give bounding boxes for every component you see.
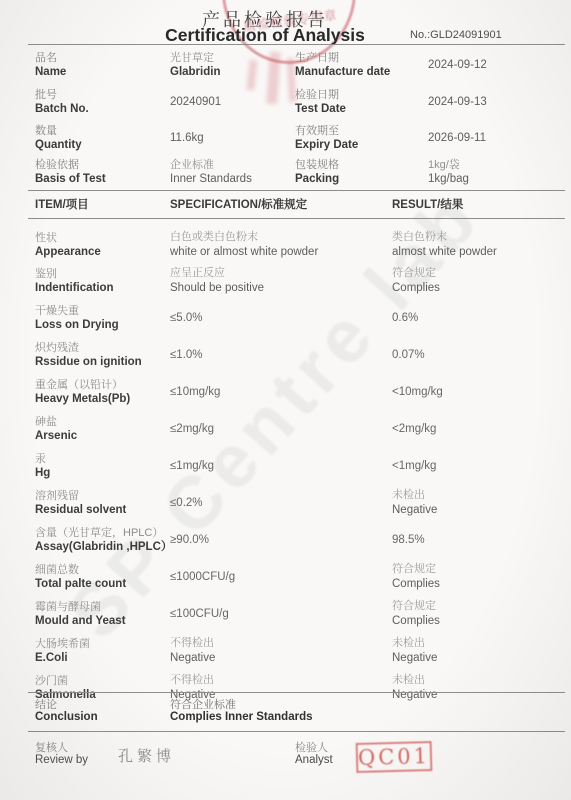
field-value-line: 1kg/袋 — [428, 158, 558, 172]
item-cell: 细菌总数Total palte count — [35, 559, 167, 596]
result-cell-zh: 未检出 — [392, 488, 564, 503]
spec-cell-en: Negative — [170, 651, 388, 666]
field-value-line: 1kg/bag — [428, 172, 558, 186]
field-label-en: Manufacture date — [295, 65, 390, 79]
item-cell: 汞Hg — [35, 448, 167, 485]
result-cell: 未检出Negative — [392, 485, 564, 522]
result-cell-en: Complies — [392, 577, 564, 592]
spec-cell-value: ≤1.0% — [170, 348, 388, 363]
item-name-en: Total palte count — [35, 577, 167, 591]
spec-cell: ≤100CFU/g — [170, 596, 388, 633]
table-row: 溶剂残留Residual solvent≤0.2%未检出Negative — [0, 485, 571, 522]
table-row: 含量（光甘草定，HPLC）Assay(Glabridin ,HPLC）≥90.0… — [0, 522, 571, 559]
spec-cell: ≤1.0% — [170, 337, 388, 374]
spec-cell: ≤1mg/kg — [170, 448, 388, 485]
spec-cell-en: white or almost white powder — [170, 245, 388, 260]
spec-cell-value: ≤2mg/kg — [170, 422, 388, 437]
result-cell-zh: 未检出 — [392, 636, 564, 651]
field-value: 企业标准Inner Standards — [170, 157, 298, 187]
field-value: 2024-09-13 — [428, 87, 558, 117]
spec-cell: 应呈正反应Should be positive — [170, 263, 388, 300]
field-label-en: Test Date — [295, 102, 346, 116]
divider — [28, 190, 565, 191]
result-cell-en: Negative — [392, 688, 564, 703]
item-name-zh: 沙门菌 — [35, 674, 167, 688]
spec-cell-value: ≥90.0% — [170, 533, 388, 548]
item-name-zh: 汞 — [35, 452, 167, 466]
result-cell-en: almost white powder — [392, 245, 564, 260]
item-name-en: E.Coli — [35, 651, 167, 665]
field-label: 品名Name — [35, 50, 66, 80]
field-label-en: Batch No. — [35, 102, 89, 116]
item-cell: 砷盐Arsenic — [35, 411, 167, 448]
item-cell: 含量（光甘草定，HPLC）Assay(Glabridin ,HPLC） — [35, 522, 167, 559]
field-label-zh: 包装规格 — [295, 158, 339, 172]
item-name-zh: 大肠埃希菌 — [35, 637, 167, 651]
table-row: 重金属（以铅计）Heavy Metals(Pb)≤10mg/kg<10mg/kg — [0, 374, 571, 411]
field-label: 有效期至Expiry Date — [295, 123, 358, 153]
result-cell: <1mg/kg — [392, 448, 564, 485]
result-cell: 符合规定Complies — [392, 263, 564, 300]
spec-cell: ≤10mg/kg — [170, 374, 388, 411]
result-cell-value: <10mg/kg — [392, 385, 564, 400]
result-cell-en: Complies — [392, 281, 564, 296]
item-cell: 重金属（以铅计）Heavy Metals(Pb) — [35, 374, 167, 411]
result-cell-zh: 符合规定 — [392, 266, 564, 281]
spec-cell: 白色或类白色粉末white or almost white powder — [170, 226, 388, 263]
item-name-en: Heavy Metals(Pb) — [35, 392, 167, 406]
spec-cell-zh: 白色或类白色粉末 — [170, 230, 388, 245]
spec-cell-value: ≤5.0% — [170, 311, 388, 326]
spec-cell-zh: 不得检出 — [170, 673, 388, 688]
report-number: No.:GLD24091901 — [410, 29, 502, 41]
field-label-en: Basis of Test — [35, 172, 106, 186]
result-cell-value: <1mg/kg — [392, 459, 564, 474]
table-row: 炽灼残渣Rssidue on ignition≤1.0%0.07% — [0, 337, 571, 374]
item-name-zh: 溶剂残留 — [35, 489, 167, 503]
item-name-en: Assay(Glabridin ,HPLC） — [35, 540, 167, 554]
field-label-zh: 检验依据 — [35, 158, 106, 172]
item-name-zh: 炽灼残渣 — [35, 341, 167, 355]
result-cell-value: 0.6% — [392, 311, 564, 326]
item-name-zh: 砷盐 — [35, 415, 167, 429]
field-value-line: 光甘草定 — [170, 51, 298, 65]
result-cell-value: 0.07% — [392, 348, 564, 363]
table-row: 大肠埃希菌E.Coli不得检出Negative未检出Negative — [0, 632, 571, 669]
info-row: 数量Quantity11.6kg有效期至Expiry Date2026-09-1… — [0, 123, 571, 153]
field-value-line: 11.6kg — [170, 131, 298, 145]
item-name-zh: 细菌总数 — [35, 563, 167, 577]
item-cell: 鉴别Indentification — [35, 263, 167, 300]
divider — [28, 731, 565, 732]
divider — [28, 44, 565, 45]
table-row: 霉菌与酵母菌Mould and Yeast≤100CFU/g符合规定Compli… — [0, 596, 571, 633]
field-label-en: Packing — [295, 172, 339, 186]
item-name-en: Mould and Yeast — [35, 614, 167, 628]
result-cell: <2mg/kg — [392, 411, 564, 448]
field-value-line: 2024-09-13 — [428, 95, 558, 109]
analyst-label-zh: 检验人 — [295, 739, 328, 755]
result-cell-en: Negative — [392, 651, 564, 666]
field-label-en: Quantity — [35, 138, 82, 152]
field-value: 1kg/袋1kg/bag — [428, 157, 558, 187]
result-cell-zh: 符合规定 — [392, 562, 564, 577]
table-row: 沙门菌Salmonella不得检出Negative未检出Negative — [0, 669, 571, 706]
item-name-en: Appearance — [35, 245, 167, 259]
field-label: 检验日期Test Date — [295, 87, 346, 117]
field-value: 2024-09-12 — [428, 50, 558, 80]
review-by-label-en: Review by — [35, 754, 88, 766]
field-label-zh: 数量 — [35, 124, 82, 138]
qc-stamp: QC01 — [356, 741, 433, 773]
coa-document: SP Centre lab 质检检验专用章 产品检验报告 Certificati… — [0, 0, 571, 800]
table-row: 鉴别Indentification应呈正反应Should be positive… — [0, 263, 571, 300]
field-value: 光甘草定Glabridin — [170, 50, 298, 80]
item-name-zh: 干燥失重 — [35, 304, 167, 318]
result-cell: 98.5% — [392, 522, 564, 559]
item-name-en: Rssidue on ignition — [35, 355, 167, 369]
item-name-en: Arsenic — [35, 429, 167, 443]
result-cell-value: 98.5% — [392, 533, 564, 548]
field-value-line: Glabridin — [170, 65, 298, 79]
table-row: 性状Appearance白色或类白色粉末white or almost whit… — [0, 226, 571, 263]
spec-cell-zh: 不得检出 — [170, 636, 388, 651]
item-name-zh: 性状 — [35, 231, 167, 245]
info-row: 品名Name光甘草定Glabridin生产日期Manufacture date2… — [0, 50, 571, 80]
item-name-en: Loss on Drying — [35, 318, 167, 332]
spec-cell: ≥90.0% — [170, 522, 388, 559]
spec-cell-en: Should be positive — [170, 281, 388, 296]
item-name-zh: 霉菌与酵母菌 — [35, 600, 167, 614]
spec-cell: ≤1000CFU/g — [170, 559, 388, 596]
col-header-result: RESULT/结果 — [392, 196, 463, 212]
result-cell-en: Negative — [392, 503, 564, 518]
conclusion-label-zh: 结论 — [35, 696, 57, 712]
col-header-item: ITEM/项目 — [35, 196, 89, 212]
result-cell: <10mg/kg — [392, 374, 564, 411]
field-label-zh: 品名 — [35, 51, 66, 65]
result-cell: 类白色粉末almost white powder — [392, 226, 564, 263]
field-value-line: 2026-09-11 — [428, 131, 558, 145]
field-label-zh: 生产日期 — [295, 51, 390, 65]
spec-cell: ≤0.2% — [170, 485, 388, 522]
field-value-line: 企业标准 — [170, 158, 298, 172]
review-by-label-zh: 复核人 — [35, 739, 68, 755]
field-label-zh: 有效期至 — [295, 124, 358, 138]
spec-cell-value: ≤100CFU/g — [170, 607, 388, 622]
analyst-label-en: Analyst — [295, 754, 333, 766]
table-row: 细菌总数Total palte count≤1000CFU/g符合规定Compl… — [0, 559, 571, 596]
result-cell: 符合规定Complies — [392, 596, 564, 633]
result-cell-zh: 未检出 — [392, 673, 564, 688]
conclusion-label-en: Conclusion — [35, 711, 98, 723]
result-cell-value: <2mg/kg — [392, 422, 564, 437]
field-label: 批号Batch No. — [35, 87, 89, 117]
info-row: 批号Batch No.20240901检验日期Test Date2024-09-… — [0, 87, 571, 117]
item-name-en: Indentification — [35, 281, 167, 295]
item-cell: 干燥失重Loss on Drying — [35, 300, 167, 337]
item-cell: 炽灼残渣Rssidue on ignition — [35, 337, 167, 374]
table-row: 汞Hg≤1mg/kg<1mg/kg — [0, 448, 571, 485]
result-cell: 未检出Negative — [392, 669, 564, 706]
result-cell: 0.07% — [392, 337, 564, 374]
field-value-line: 2024-09-12 — [428, 58, 558, 72]
spec-cell-value: ≤0.2% — [170, 496, 388, 511]
field-label-zh: 批号 — [35, 88, 89, 102]
item-cell: 性状Appearance — [35, 226, 167, 263]
spec-cell: ≤2mg/kg — [170, 411, 388, 448]
result-cell-zh: 类白色粉末 — [392, 230, 564, 245]
field-label: 检验依据Basis of Test — [35, 157, 106, 187]
reviewer-name-signature: 孔繁博 — [118, 745, 175, 766]
divider — [28, 692, 565, 693]
item-name-zh: 鉴别 — [35, 267, 167, 281]
field-label: 生产日期Manufacture date — [295, 50, 390, 80]
item-name-en: Residual solvent — [35, 503, 167, 517]
item-name-zh: 含量（光甘草定，HPLC） — [35, 526, 167, 540]
spec-cell: ≤5.0% — [170, 300, 388, 337]
conclusion-value-zh: 符合企业标准 — [170, 696, 236, 712]
info-row: 检验依据Basis of Test企业标准Inner Standards包装规格… — [0, 157, 571, 187]
field-value: 20240901 — [170, 87, 298, 117]
field-value: 11.6kg — [170, 123, 298, 153]
field-label-en: Name — [35, 65, 66, 79]
field-label-en: Expiry Date — [295, 138, 358, 152]
field-value-line: Inner Standards — [170, 172, 298, 186]
result-cell: 未检出Negative — [392, 632, 564, 669]
field-value-line: 20240901 — [170, 95, 298, 109]
result-cell-en: Complies — [392, 614, 564, 629]
spec-cell: 不得检出Negative — [170, 632, 388, 669]
result-cell-zh: 符合规定 — [392, 599, 564, 614]
table-row: 干燥失重Loss on Drying≤5.0%0.6% — [0, 300, 571, 337]
result-cell: 符合规定Complies — [392, 559, 564, 596]
table-row: 砷盐Arsenic≤2mg/kg<2mg/kg — [0, 411, 571, 448]
field-label: 数量Quantity — [35, 123, 82, 153]
field-label-zh: 检验日期 — [295, 88, 346, 102]
item-cell: 大肠埃希菌E.Coli — [35, 632, 167, 669]
spec-cell-value: ≤1000CFU/g — [170, 570, 388, 585]
item-name-en: Hg — [35, 466, 167, 480]
item-name-zh: 重金属（以铅计） — [35, 378, 167, 392]
item-cell: 溶剂残留Residual solvent — [35, 485, 167, 522]
divider — [28, 218, 565, 219]
result-cell: 0.6% — [392, 300, 564, 337]
field-label: 包装规格Packing — [295, 157, 339, 187]
field-value: 2026-09-11 — [428, 123, 558, 153]
item-cell: 霉菌与酵母菌Mould and Yeast — [35, 596, 167, 633]
col-header-spec: SPECIFICATION/标准规定 — [170, 196, 307, 212]
conclusion-value-en: Complies Inner Standards — [170, 711, 313, 723]
spec-cell-zh: 应呈正反应 — [170, 266, 388, 281]
spec-cell-value: ≤10mg/kg — [170, 385, 388, 400]
spec-cell-value: ≤1mg/kg — [170, 459, 388, 474]
